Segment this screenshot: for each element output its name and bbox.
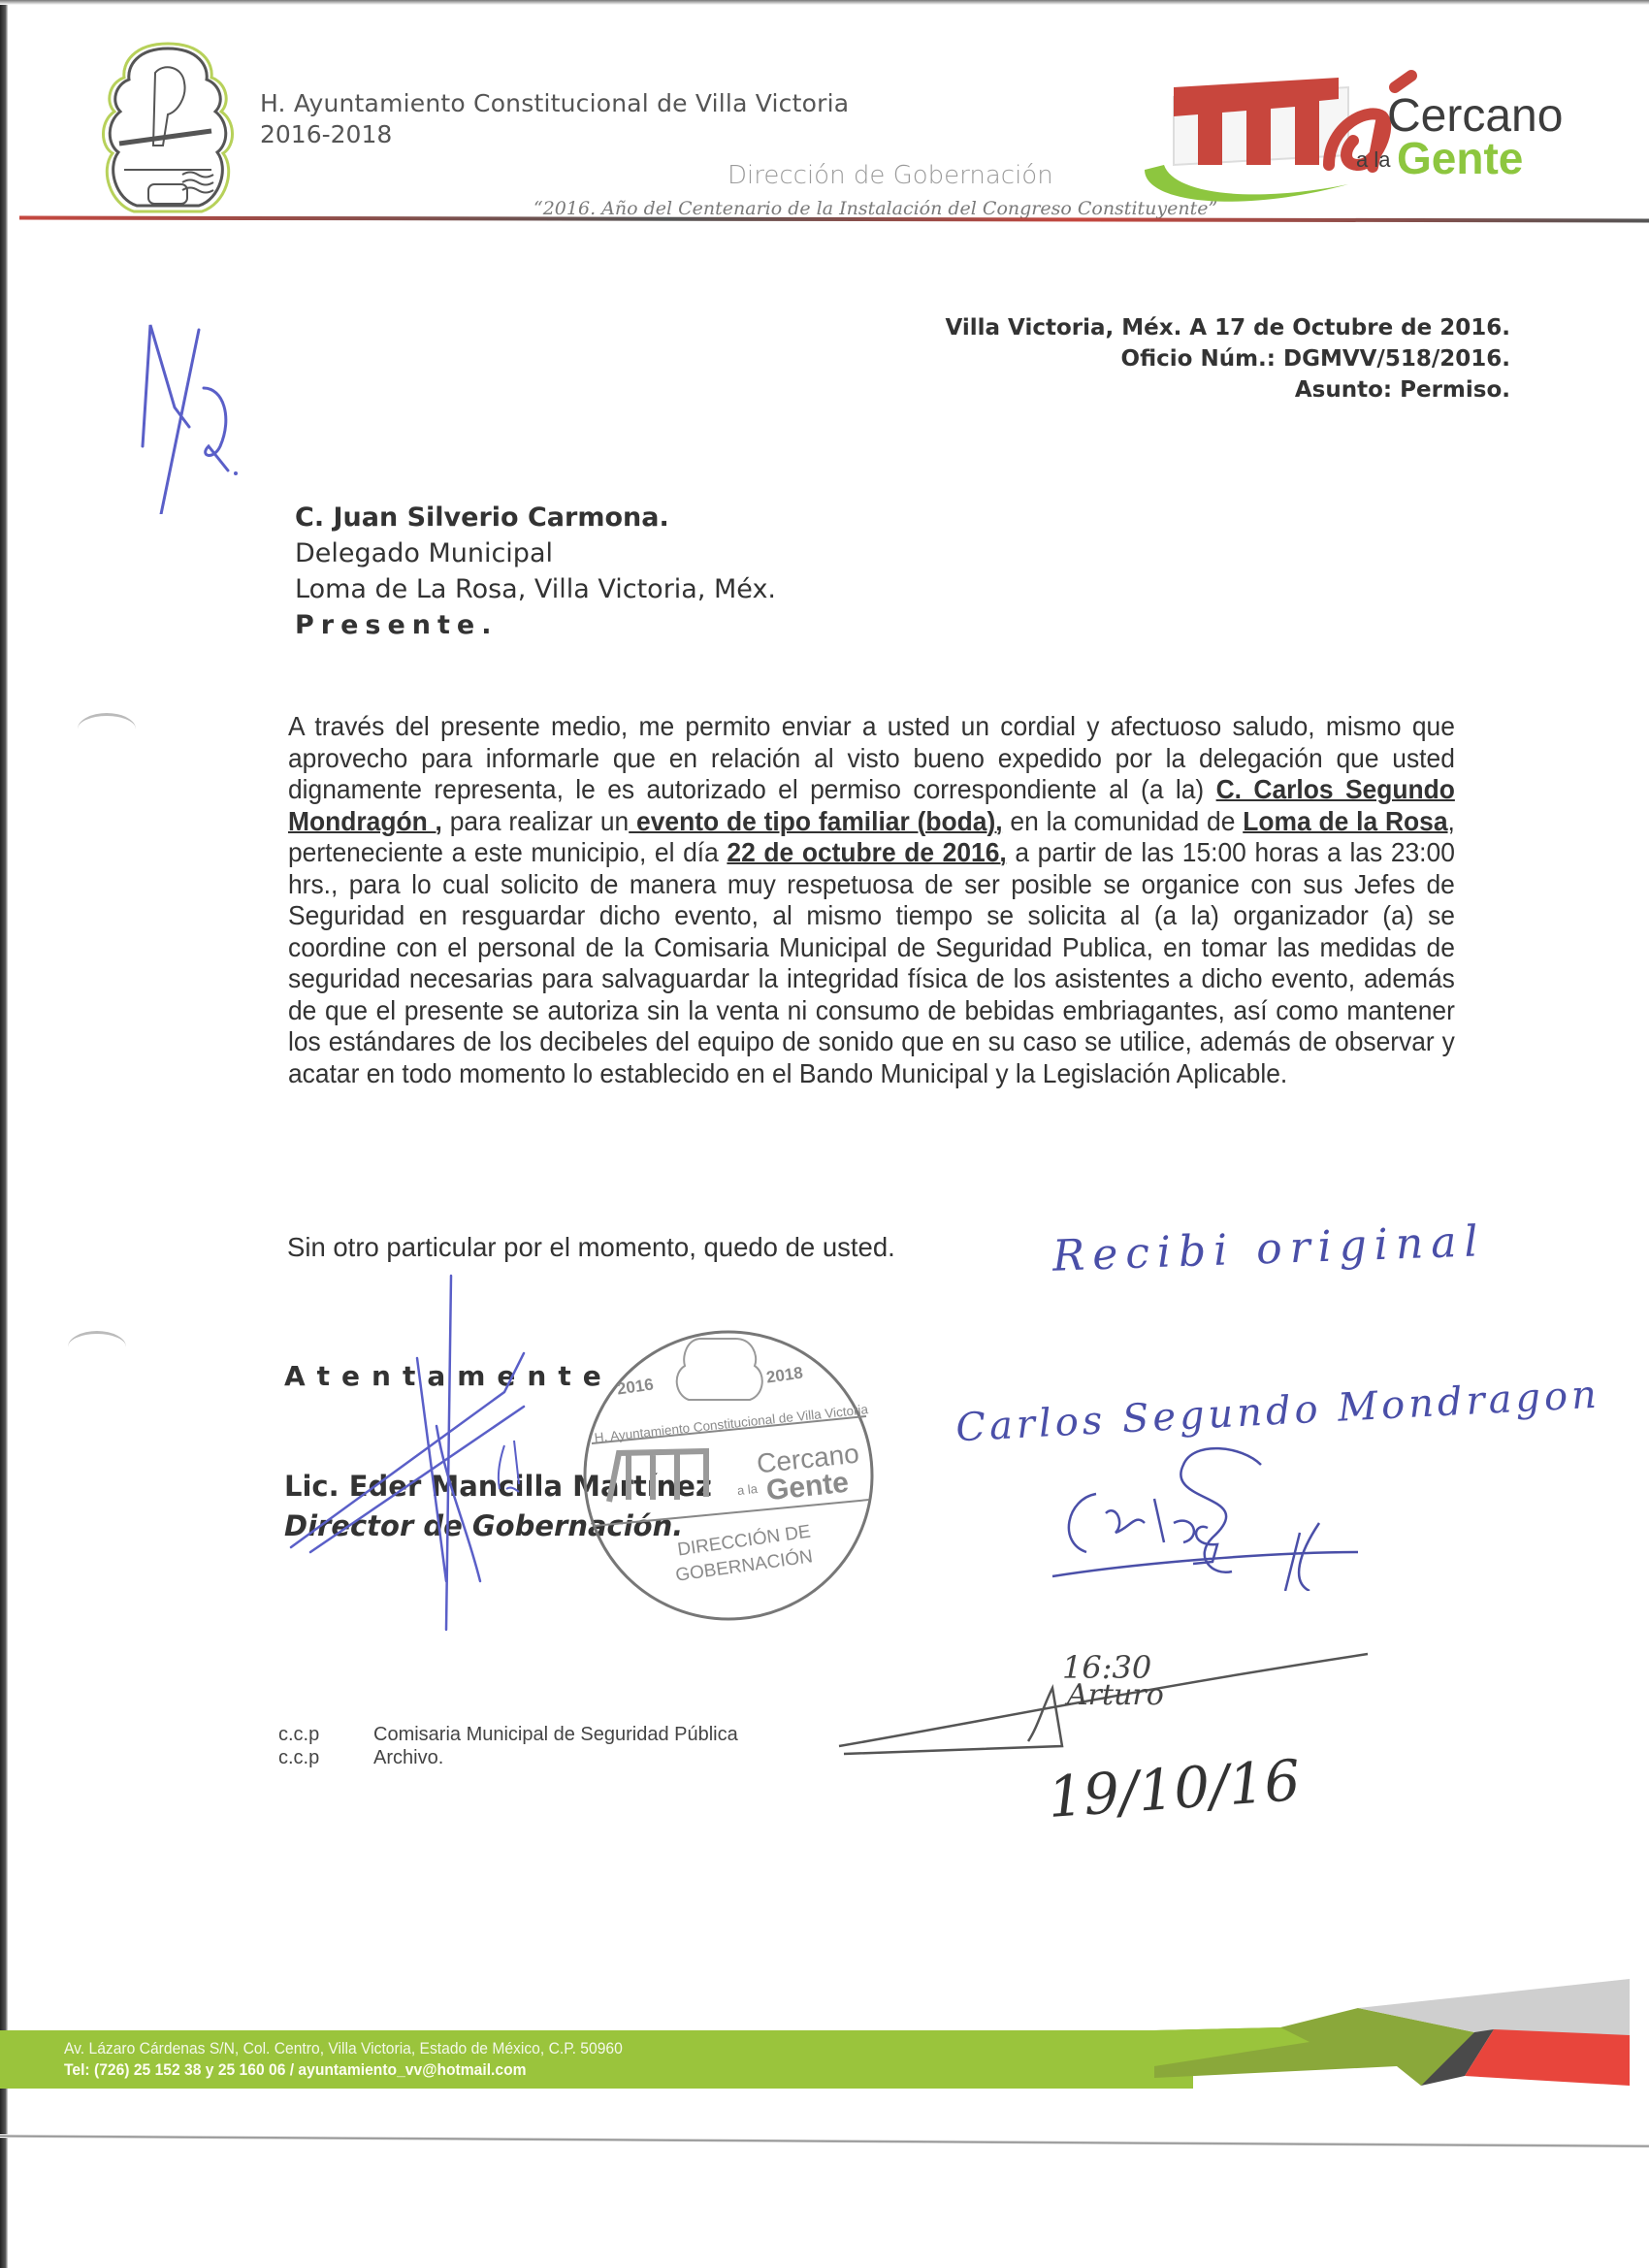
place-and-date: Villa Victoria, Méx. A 17 de Octubre de … <box>945 312 1510 343</box>
ccp-label: c.c.p <box>278 1723 373 1746</box>
community-name: Loma de la Rosa <box>1243 806 1447 836</box>
department-name: Dirección de Gobernación <box>727 161 1053 190</box>
institution-name: H. Ayuntamiento Constitucional de Villa … <box>260 89 849 117</box>
event-type: evento de tipo familiar (boda), <box>629 806 1002 836</box>
office-number: Oficio Núm.: DGMVV/518/2016. <box>945 343 1510 374</box>
addressee-greeting: Presente. <box>295 607 776 643</box>
punch-hole-mark <box>68 1331 126 1363</box>
municipal-crest-icon <box>95 39 241 218</box>
footer-decorative-shapes-icon <box>1154 1979 1649 2154</box>
brand-a-la-text: a la <box>1356 147 1390 173</box>
stamp-brand-a-la: a la <box>736 1481 758 1498</box>
body-text: a partir de las 15:00 horas a las 23:00 … <box>288 837 1455 1088</box>
receipt-name: Arturo <box>1067 1678 1164 1712</box>
footer-contact: Tel: (726) 25 152 38 y 25 160 06 / ayunt… <box>64 2060 527 2080</box>
official-stamp: 2016 2018 H. Ayuntamiento Constitucional… <box>580 1327 877 1624</box>
receiver-signature-mark <box>1048 1445 1465 1591</box>
addressee-location: Loma de La Rosa, Villa Victoria, Méx. <box>295 571 776 607</box>
ccp-label: c.c.p <box>278 1746 373 1769</box>
header-divider <box>19 216 1649 223</box>
event-date: 22 de octubre de 2016, <box>727 837 1006 867</box>
ccp-item: c.c.pArchivo. <box>278 1746 738 1769</box>
footer-address: Av. Lázaro Cárdenas S/N, Col. Centro, Vi… <box>64 2039 623 2058</box>
addressee-name: C. Juan Silverio Carmona. <box>295 500 776 535</box>
director-signature-mark <box>281 1271 611 1639</box>
administration-term: 2016-2018 <box>260 120 392 148</box>
subject-line: Asunto: Permiso. <box>945 374 1510 405</box>
ccp-item: c.c.pComisaria Municipal de Seguridad Pú… <box>278 1723 738 1746</box>
addressee-position: Delegado Municipal <box>295 535 776 571</box>
punch-hole-mark <box>78 713 136 745</box>
handwritten-initials-mark <box>131 301 238 514</box>
brand-gente-text: Gente <box>1397 132 1523 184</box>
body-text: en la comunidad de <box>1003 806 1244 836</box>
body-text: para realizar un <box>442 806 629 836</box>
reference-block: Villa Victoria, Méx. A 17 de Octubre de … <box>945 312 1510 405</box>
handwritten-receiver-name: Carlos Segundo Mondragon <box>954 1373 1601 1451</box>
handwritten-received-note: Recibi original <box>1051 1216 1486 1281</box>
addressee-block: C. Juan Silverio Carmona. Delegado Munic… <box>295 500 776 643</box>
scan-edge-top <box>0 0 1649 5</box>
letter-body: A través del presente medio, me permito … <box>288 711 1455 1089</box>
scan-edge-left <box>0 0 8 2268</box>
closing-line: Sin otro particular por el momento, qued… <box>287 1232 895 1263</box>
ccp-recipient: Comisaria Municipal de Seguridad Pública <box>373 1724 738 1745</box>
carbon-copy-list: c.c.pComisaria Municipal de Seguridad Pú… <box>278 1723 738 1769</box>
ccp-recipient: Archivo. <box>373 1747 443 1768</box>
